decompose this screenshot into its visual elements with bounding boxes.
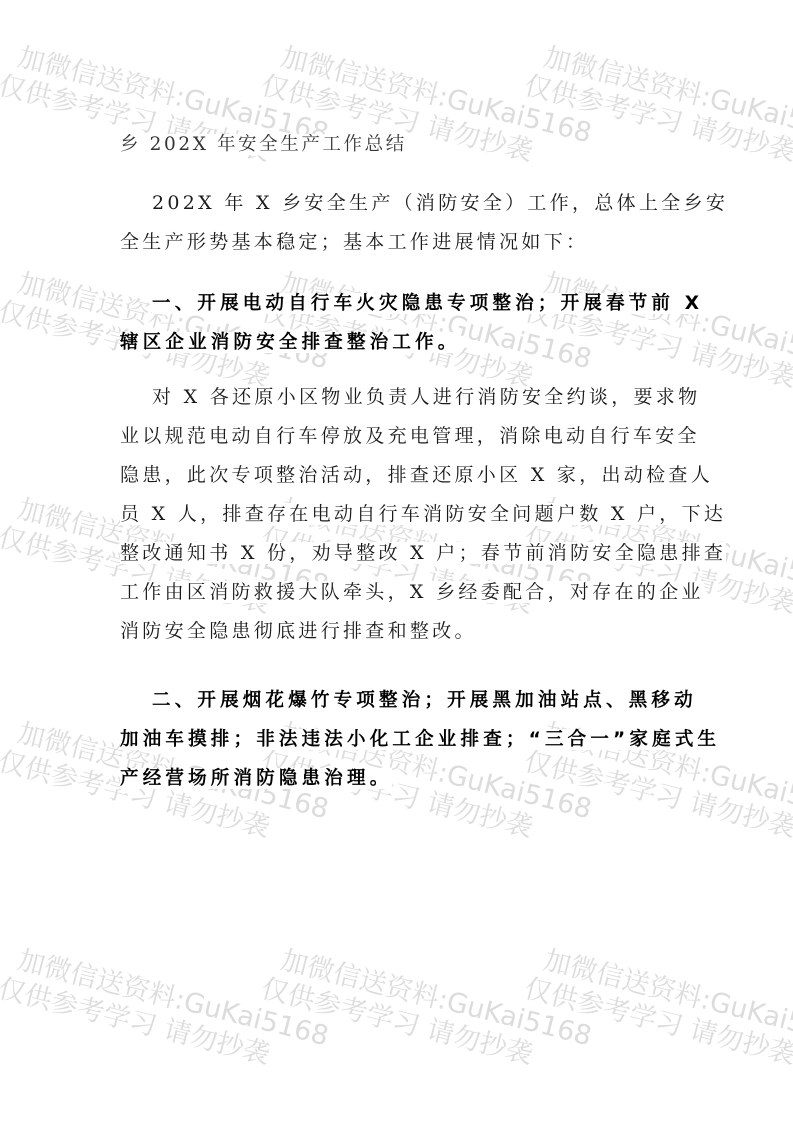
section1-heading-line: 辖区企业消防安全排查整治工作。 — [120, 329, 672, 357]
intro-paragraph-line: 全生产形势基本稳定；基本工作进展情况如下： — [120, 228, 672, 256]
section1-body-line: 隐患，此次专项整治活动，排查还原小区 X 家，出动检查人 — [120, 461, 672, 489]
section1-body-line: 员 X 人，排查存在电动自行车消防安全问题户数 X 户，下达 — [120, 500, 672, 528]
section2-heading-line: 产经营场所消防隐患治理。 — [120, 765, 672, 793]
section2-heading-line: 加油车摸排；非法违法小化工企业排查；“三合一”家庭式生 — [120, 726, 672, 754]
document-page: 乡 202X 年安全生产工作总结 202X 年 X 乡安全生产（消防安全）工作，… — [0, 0, 793, 1122]
section1-body-line: 工作由区消防救援大队牵头，X 乡经委配合，对存在的企业 — [120, 578, 672, 606]
section1-heading-line: 一、开展电动自行车火灾隐患专项整治；开展春节前 X — [152, 290, 704, 318]
section1-body-line: 业以规范电动自行车停放及充电管理，消除电动自行车安全 — [120, 422, 672, 450]
document-title: 乡 202X 年安全生产工作总结 — [120, 131, 672, 159]
section1-body-line: 整改通知书 X 份，劝导整改 X 户；春节前消防安全隐患排查 — [120, 539, 672, 567]
section2-heading-line: 二、开展烟花爆竹专项整治；开展黑加油站点、黑移动 — [152, 687, 704, 715]
intro-paragraph-line: 202X 年 X 乡安全生产（消防安全）工作，总体上全乡安 — [152, 189, 704, 217]
section1-body-line: 消防安全隐患彻底进行排查和整改。 — [120, 617, 672, 645]
section1-body-line: 对 X 各还原小区物业负责人进行消防安全约谈，要求物 — [152, 383, 704, 411]
